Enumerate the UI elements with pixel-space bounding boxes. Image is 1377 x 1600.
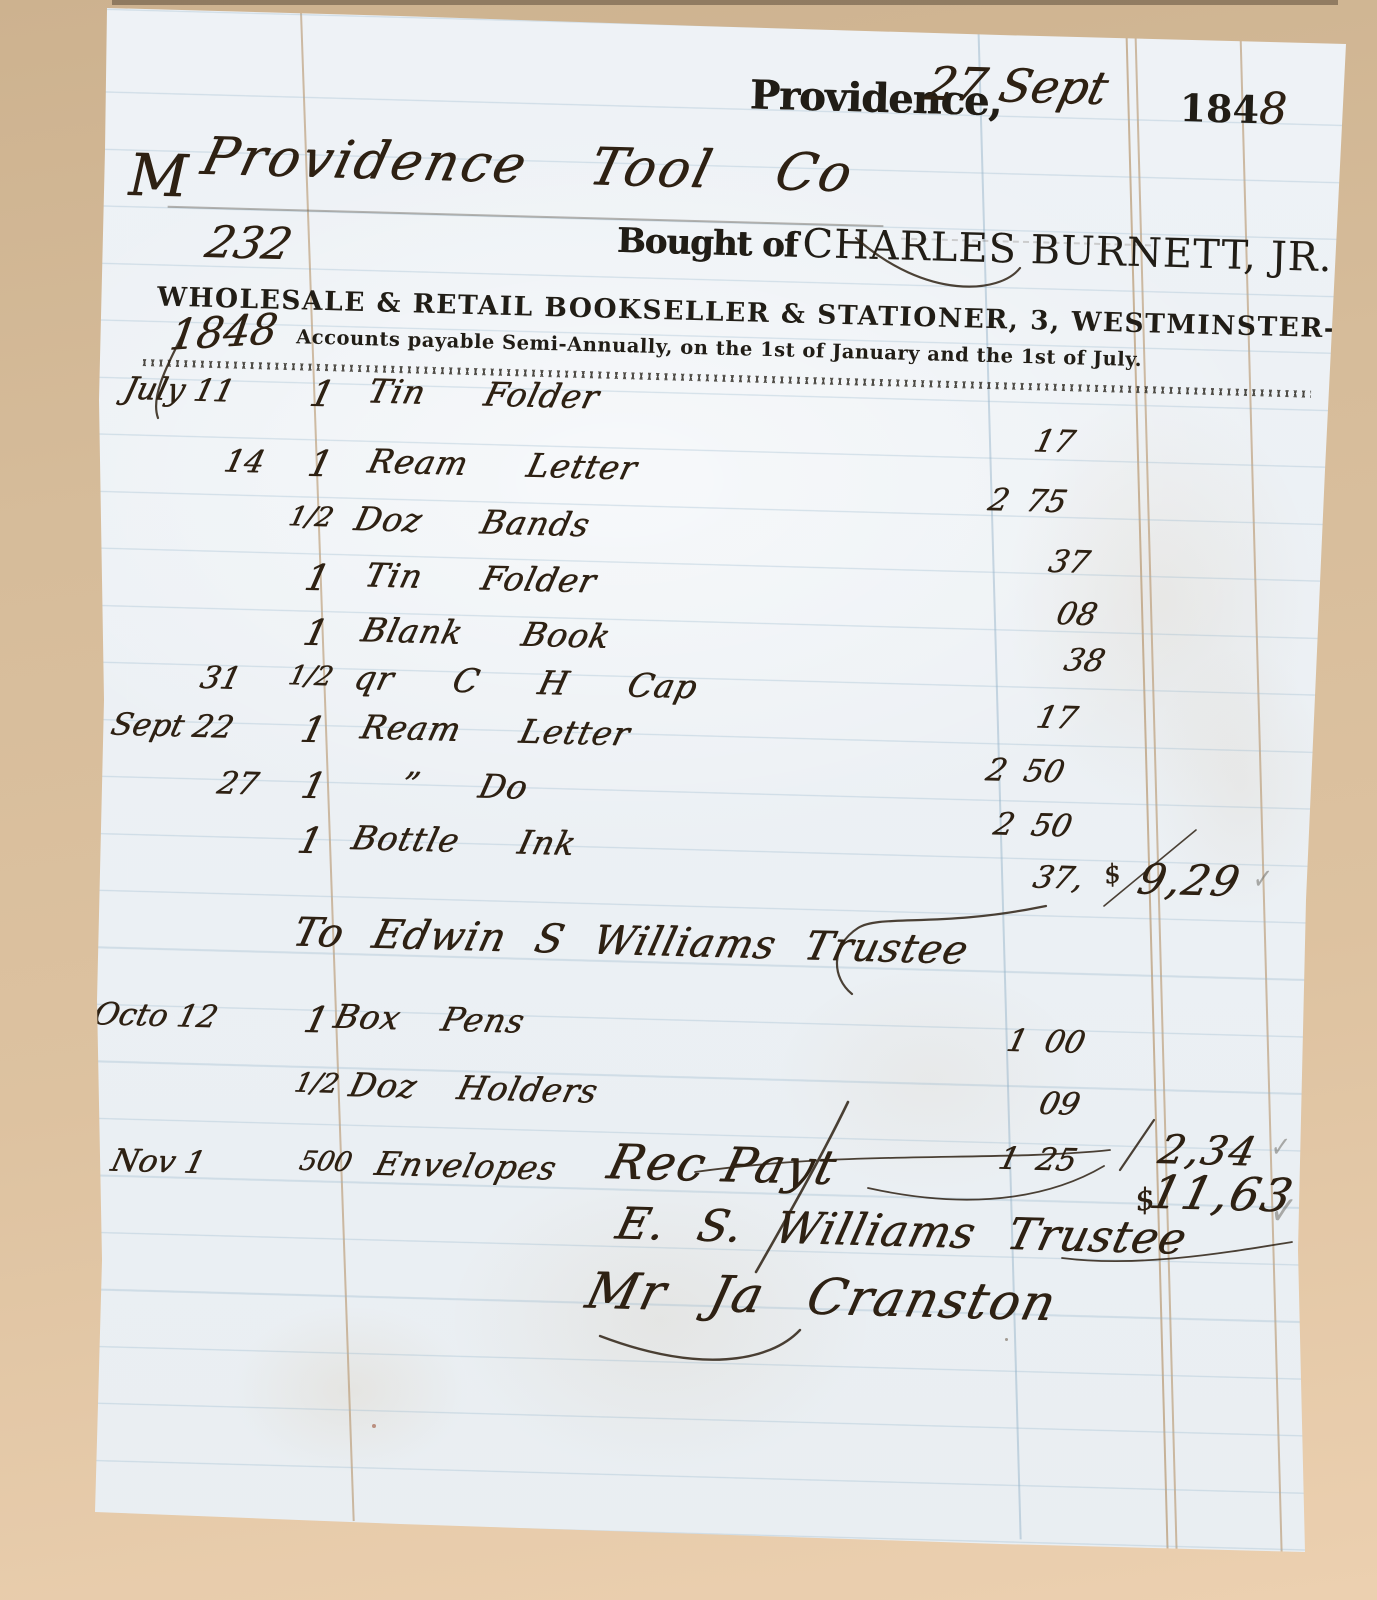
ledger-row-item: ” Do xyxy=(402,764,529,806)
ledger-row-quantity: 1/2 xyxy=(289,501,333,533)
ledger-row-amount: 2 50 xyxy=(994,806,1072,844)
ledger-row-quantity: 1/2 xyxy=(289,660,333,692)
ledger-row-date-text: 31 xyxy=(197,660,245,697)
ledger-row-date: Sept 22 xyxy=(111,706,233,745)
ledger-row-date: 27 xyxy=(218,765,258,802)
ledger-row-item-text: ” Do xyxy=(397,764,532,806)
ledger-row-item: Doz Bands xyxy=(355,499,590,544)
ledger-row-amount: 37, xyxy=(1033,859,1083,896)
ledger-row-date-text: Nov 1 xyxy=(108,1143,209,1181)
ledger-row-quantity-text: 1/2 xyxy=(285,660,336,692)
ledger-row-amount-text: 2 50 xyxy=(990,806,1076,844)
ledger-row-item-text: Doz Bands xyxy=(351,499,595,544)
ledger-row-date: Octo 12 xyxy=(93,996,217,1035)
ledger-row-item: Ream Letter xyxy=(368,441,637,487)
ledger-row-quantity-text: 1/2 xyxy=(291,1068,342,1100)
ledger-row-amount-text: 09 xyxy=(1035,1086,1083,1123)
printed-addressee-prefix: M xyxy=(128,141,189,211)
pencil-checkmark: ✓ xyxy=(1251,861,1273,898)
ledger-row-date: 14 xyxy=(224,443,264,480)
paper-content: Providence, 27 Sept 1848 M Providence To… xyxy=(65,8,1357,1600)
ledger-row-amount: 08 xyxy=(1056,596,1096,633)
ledger-row-amount-text: 1 25 xyxy=(995,1141,1081,1179)
ledger-row-item-text: Ream Letter xyxy=(357,707,634,753)
ledger-row-item-text: Tin Folder xyxy=(364,371,604,416)
received-payment-note: Rec Payt xyxy=(608,1134,837,1196)
invoice-paper: Providence, 27 Sept 1848 M Providence To… xyxy=(0,0,1377,1600)
ledger-row-quantity: 1 xyxy=(305,558,329,600)
handwritten-year-digit: 8 xyxy=(1258,83,1287,135)
bought-of-label: Bought of xyxy=(616,221,798,266)
ledger-row-quantity: 1/2 xyxy=(295,1067,339,1099)
ledger-row-amount-text: 2 50 xyxy=(982,752,1068,790)
ledger-row-date-text: 14 xyxy=(220,443,268,480)
ledger-row-quantity: 1 xyxy=(304,1000,328,1042)
scan-edge-shadow xyxy=(112,0,1338,5)
ledger-row-amount: 17 xyxy=(1037,699,1077,736)
ledger-row-quantity: 1 xyxy=(304,613,328,655)
ledger-row-amount-text: 2 75 xyxy=(985,482,1071,520)
ledger-row-quantity-text: 1/2 xyxy=(286,501,337,533)
handwritten-order-number: 232 xyxy=(206,217,291,270)
ledger-row-item-text: Blank Book xyxy=(358,610,615,655)
ledger-row-amount: 09 xyxy=(1039,1086,1079,1123)
ledger-row-item-text: Tin Folder xyxy=(361,555,601,600)
ledger-row-item-text: Box Pens xyxy=(330,997,529,1041)
ledger-row-item: Doz Holders xyxy=(349,1065,598,1111)
ledger-row-amount: 17 xyxy=(1034,423,1074,460)
ledger-row-date-text: Sept 22 xyxy=(107,706,237,745)
ledger-row-amount-text: 1 00 xyxy=(1003,1023,1089,1061)
ledger-row-amount: 38 xyxy=(1064,642,1104,679)
scanned-invoice-photo: Providence, 27 Sept 1848 M Providence To… xyxy=(0,0,1377,1600)
ledger-row-item: Bottle Ink xyxy=(352,818,576,863)
ledger-row-date: Nov 1 xyxy=(111,1143,205,1181)
year-line: 1848 xyxy=(1179,81,1288,135)
pencil-checkmark: ✓ xyxy=(1268,1185,1299,1236)
ledger-row-amount: 2 75 xyxy=(989,482,1067,520)
ledger-row-quantity: 1 xyxy=(301,766,325,808)
ledger-row-date-text: July 11 xyxy=(120,371,238,410)
ledger-row-quantity-text: 500 xyxy=(296,1146,355,1178)
ledger-row-date: 31 xyxy=(200,660,240,697)
ledger-row-quantity: 1 xyxy=(301,710,325,752)
ledger-row-amount: 1 00 xyxy=(1007,1023,1085,1061)
section1-total: 9,29 xyxy=(1138,854,1241,906)
ledger-row-quantity: 500 xyxy=(299,1146,351,1178)
ledger-row-amount-text: 17 xyxy=(1033,700,1081,737)
ledger-row-quantity: 1 xyxy=(298,820,322,862)
ledger-row-quantity: 1 xyxy=(310,374,334,416)
ledger-row-amount-text: 08 xyxy=(1053,596,1101,633)
ledger-row-amount-text: 38 xyxy=(1060,642,1108,679)
ledger-row-amount-text: 37 xyxy=(1045,544,1093,581)
ledger-row-item-text: Envelopes xyxy=(371,1144,561,1188)
ledger-row-item: Box Pens xyxy=(334,997,525,1041)
ledger-row-item-text: Ream Letter xyxy=(364,441,641,487)
ledger-row-item-text: Bottle Ink xyxy=(348,818,581,863)
ledger-row-item: Tin Folder xyxy=(368,371,599,416)
ledger-row-amount-text: 37, xyxy=(1030,859,1088,896)
ledger-row-date-text: 27 xyxy=(214,765,262,802)
ledger-row-amount: 2 50 xyxy=(986,752,1064,790)
ledger-row-item-text: Doz Holders xyxy=(345,1065,602,1110)
printed-year-prefix: 184 xyxy=(1179,85,1260,132)
handwritten-date: 27 Sept xyxy=(927,56,1108,115)
handwritten-ledger-year: 1848 xyxy=(169,304,279,359)
ledger-row-quantity: 1 xyxy=(308,444,332,486)
ledger-row-date: July 11 xyxy=(124,371,234,410)
ledger-row-item: Tin Folder xyxy=(365,555,596,600)
ledger-row-item: Blank Book xyxy=(362,610,611,656)
ledger-row-item: Envelopes xyxy=(375,1144,557,1188)
ledger-row-amount: 37 xyxy=(1049,544,1089,581)
ledger-row-amount: 1 25 xyxy=(999,1141,1077,1179)
ledger-row-item: Ream Letter xyxy=(361,707,630,753)
ledger-row-date-text: Octo 12 xyxy=(89,996,221,1035)
ledger-row-amount-text: 17 xyxy=(1030,423,1078,460)
pencil-checkmark: ✓ xyxy=(1269,1129,1291,1166)
